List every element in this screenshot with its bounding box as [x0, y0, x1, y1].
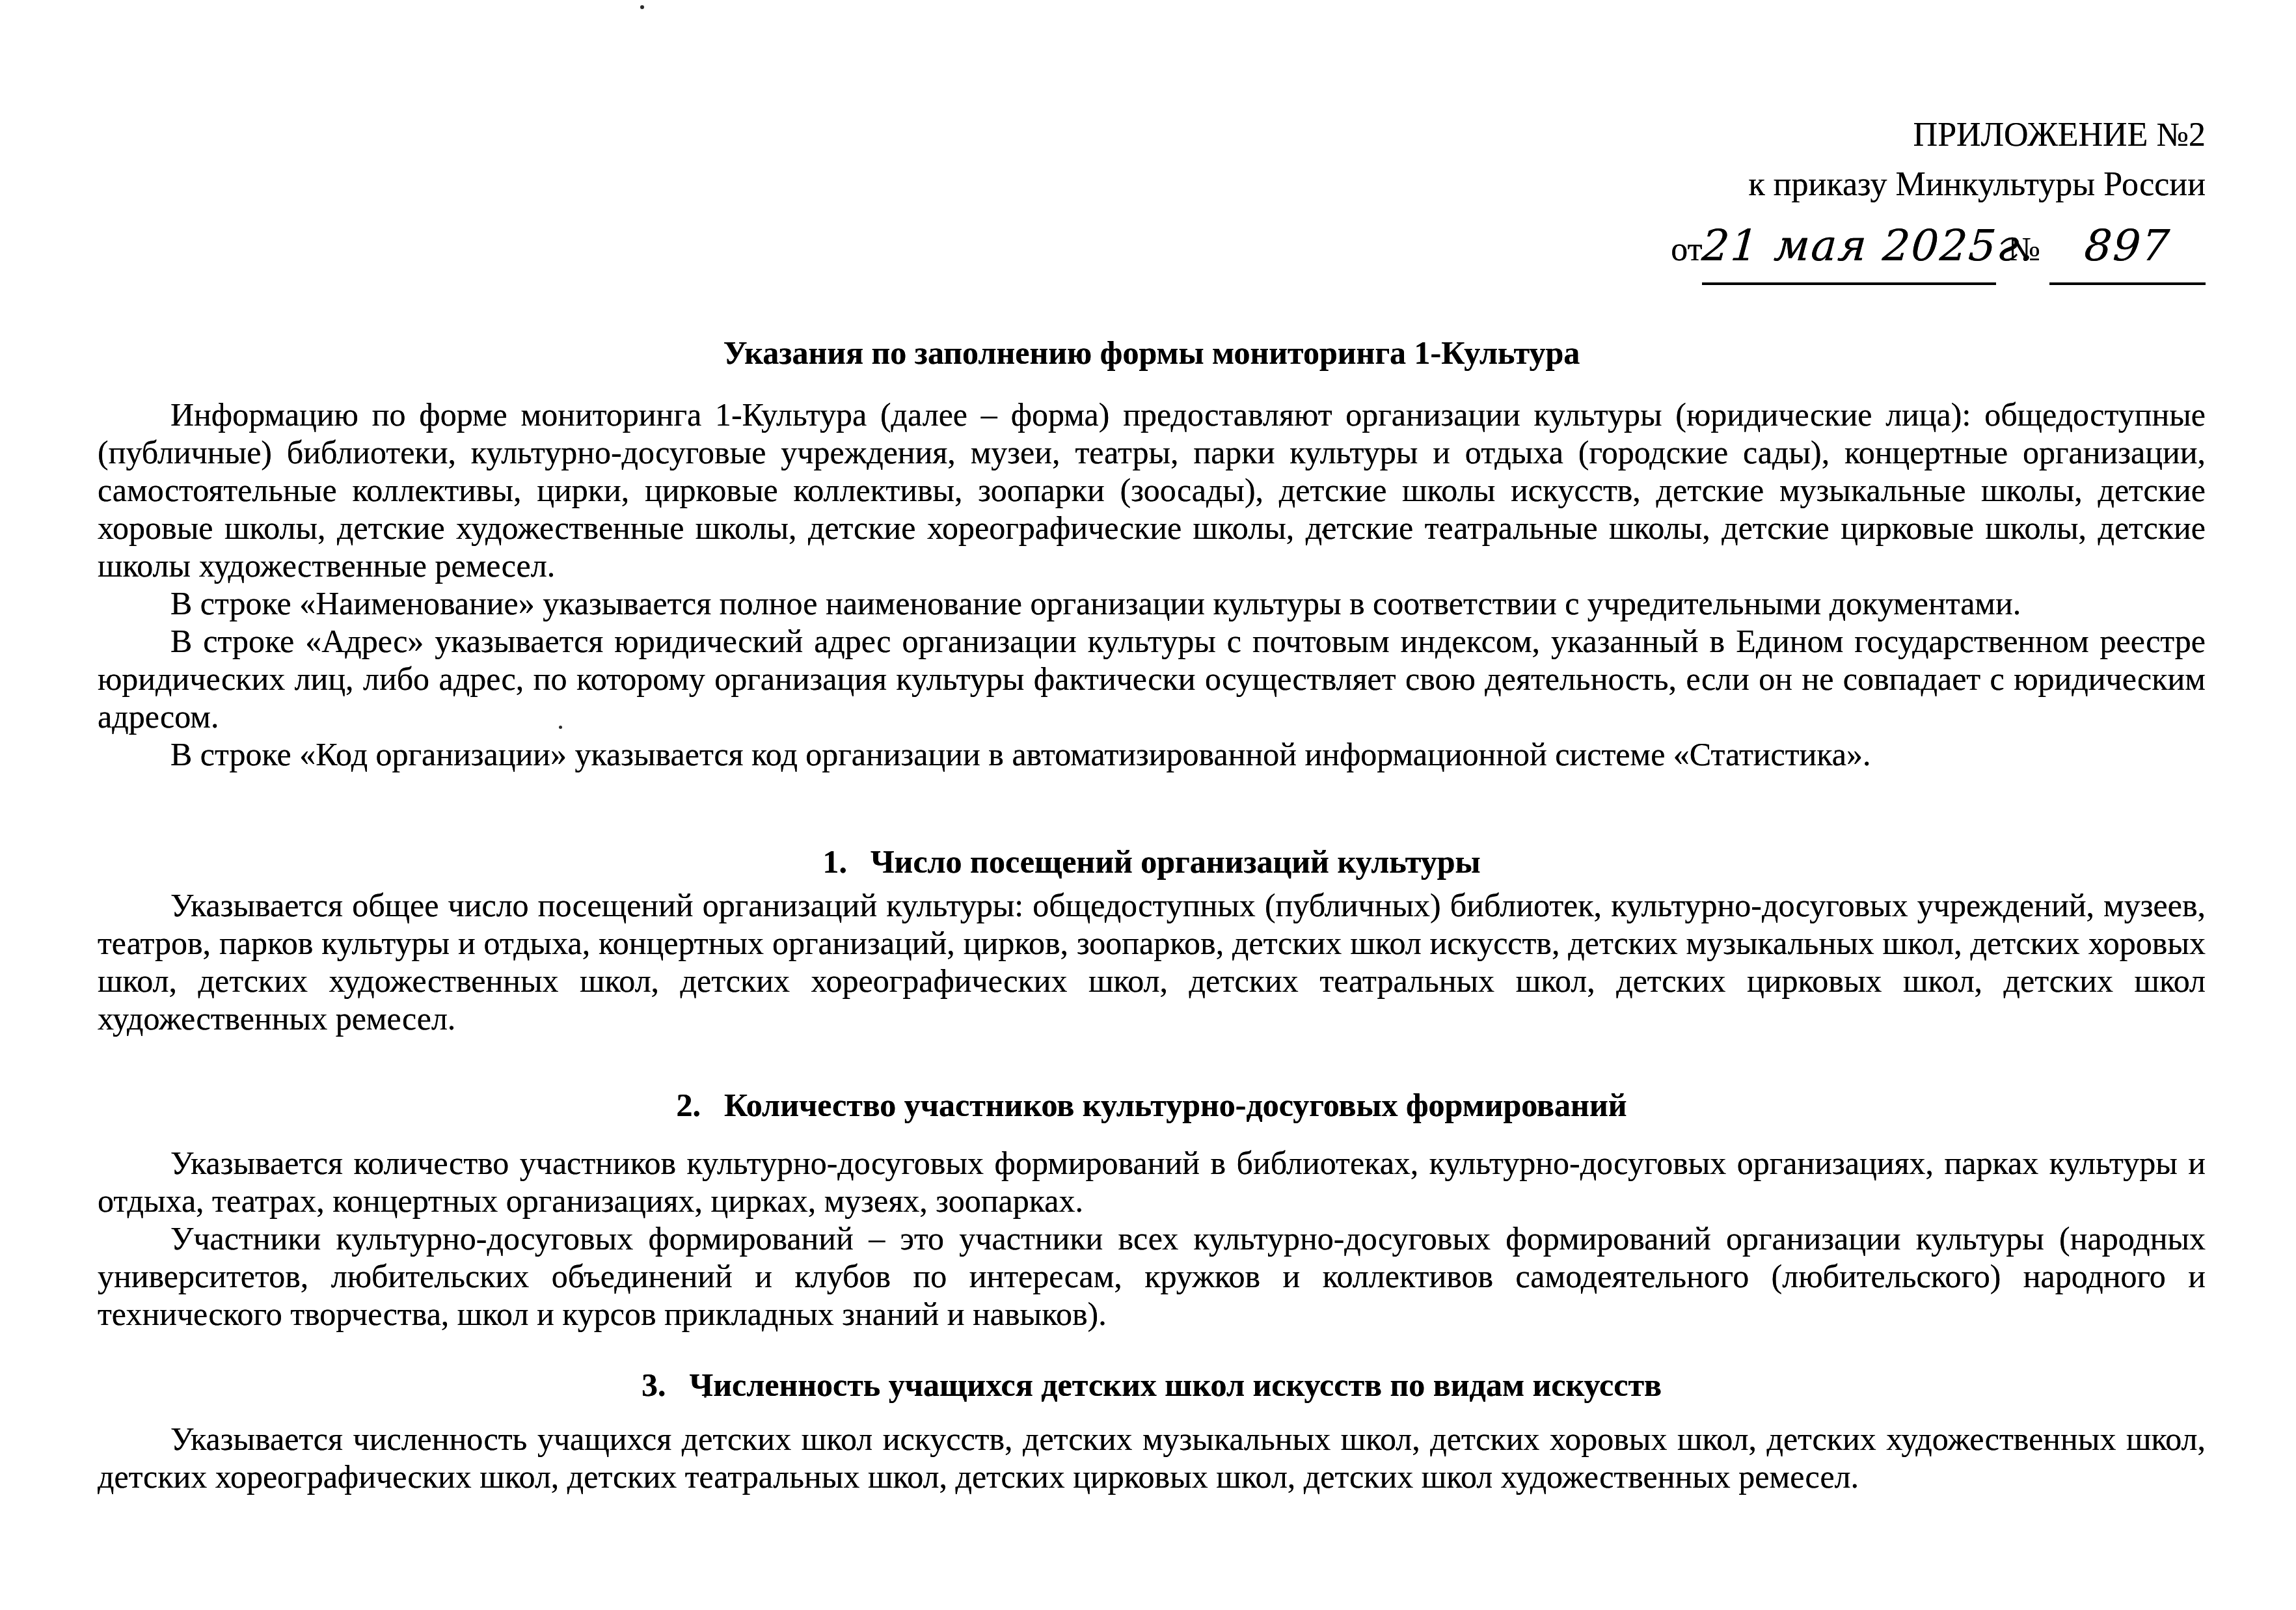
intro-block: Информацию по форме мониторинга 1-Культу…: [98, 396, 2206, 773]
page-title: Указания по заполнению формы мониторинга…: [98, 333, 2206, 372]
section-3-paragraph: Указывается численность учащихся детских…: [98, 1420, 2206, 1495]
section-1-paragraph: Указывается общее число посещений органи…: [98, 886, 2206, 1037]
date-handwritten-value: 21 мая 2025г.: [1700, 213, 2038, 279]
section-3-label: Численность учащихся детских школ искусс…: [690, 1367, 1662, 1403]
number-handwritten-slot: 897: [2049, 213, 2206, 285]
section-2-label: Количество участников культурно-досуговы…: [724, 1087, 1627, 1123]
header-order-line: к приказу Минкультуры России: [98, 160, 2206, 210]
section-3-body: Указывается численность учащихся детских…: [98, 1420, 2206, 1495]
header-appendix-line: ПРИЛОЖЕНИЕ №2: [98, 111, 2206, 160]
section-1-heading: 1.Число посещений организаций культуры: [98, 842, 2206, 881]
intro-paragraph-2: В строке «Наименование» указывается полн…: [98, 584, 2206, 622]
section-1-label: Число посещений организаций культуры: [871, 843, 1481, 880]
number-handwritten-value: 897: [2083, 213, 2173, 279]
section-3-number: 3.: [642, 1367, 666, 1403]
section-2-body: Указывается количество участников культу…: [98, 1144, 2206, 1333]
date-prefix-label: от: [1671, 231, 1702, 268]
section-2-heading: 2.Количество участников культурно-досуго…: [98, 1085, 2206, 1125]
doc-header: ПРИЛОЖЕНИЕ №2 к приказу Минкультуры Росс…: [98, 0, 2206, 285]
intro-paragraph-4: В строке «Код организации» указывается к…: [98, 735, 2206, 773]
section-2-number: 2.: [676, 1087, 701, 1123]
section-3-heading: 3.Численность учащихся детских школ иску…: [98, 1365, 2206, 1404]
section-2-paragraph-1: Указывается количество участников культу…: [98, 1144, 2206, 1220]
section-2-paragraph-2: Участники культурно-досуговых формирован…: [98, 1220, 2206, 1333]
header-date-line: от21 мая 2025г.№897: [98, 213, 2206, 285]
intro-paragraph-1: Информацию по форме мониторинга 1-Культу…: [98, 396, 2206, 584]
document-page: ПРИЛОЖЕНИЕ №2 к приказу Минкультуры Росс…: [0, 0, 2296, 1610]
date-handwritten-slot: 21 мая 2025г.: [1702, 213, 1996, 285]
intro-paragraph-3: В строке «Адрес» указывается юридический…: [98, 622, 2206, 735]
section-1-body: Указывается общее число посещений органи…: [98, 886, 2206, 1037]
section-1-number: 1.: [822, 843, 847, 880]
